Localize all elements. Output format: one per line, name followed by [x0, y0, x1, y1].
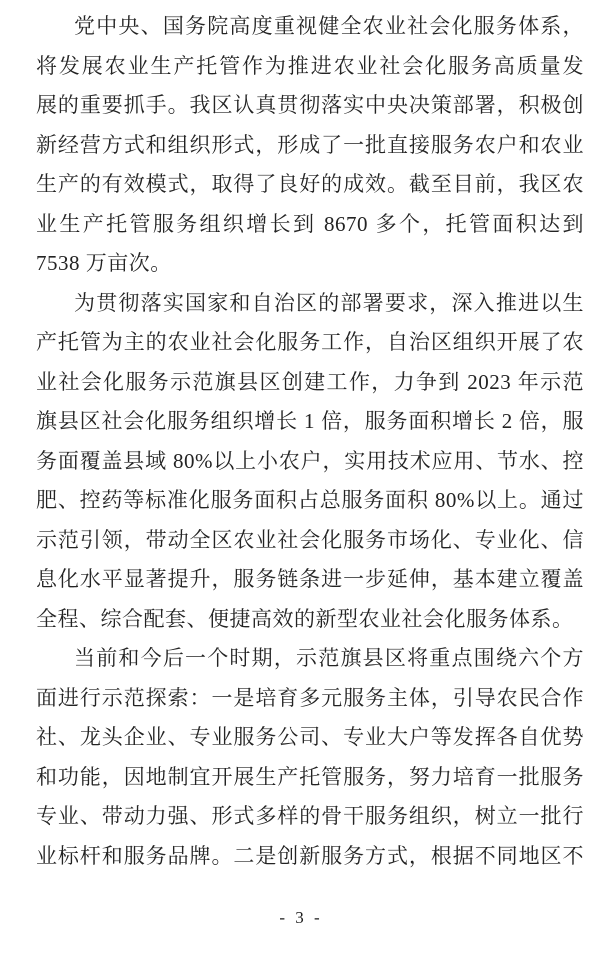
page-number: - 3 -	[0, 908, 602, 928]
text-line: 专业、带动力强、形式多样的骨干服务组织，树立一批行	[36, 797, 584, 837]
text-line: 新经营方式和组织形式，形成了一批直接服务农户和农业	[36, 126, 584, 166]
text-line: 7538 万亩次。	[36, 244, 584, 284]
text-line: 业生产托管服务组织增长到 8670 多个，托管面积达到	[36, 205, 584, 245]
text-line: 展的重要抓手。我区认真贯彻落实中央决策部署，积极创	[36, 86, 584, 126]
text-line: 生产的有效模式，取得了良好的成效。截至目前，我区农	[36, 165, 584, 205]
text-line: 示范引领，带动全区农业社会化服务市场化、专业化、信	[36, 521, 584, 561]
text-line: 党中央、国务院高度重视健全农业社会化服务体系，	[36, 7, 584, 47]
text-line: 社、龙头企业、专业服务公司、专业大户等发挥各自优势	[36, 718, 584, 758]
text-line: 息化水平显著提升，服务链条进一步延伸，基本建立覆盖	[36, 560, 584, 600]
text-line: 旗县区社会化服务组织增长 1 倍，服务面积增长 2 倍，服	[36, 402, 584, 442]
text-line: 产托管为主的农业社会化服务工作，自治区组织开展了农	[36, 323, 584, 363]
text-line: 肥、控药等标准化服务面积占总服务面积 80%以上。通过	[36, 481, 584, 521]
text-line: 和功能，因地制宜开展生产托管服务，努力培育一批服务	[36, 758, 584, 798]
text-line: 务面覆盖县域 80%以上小农户，实用技术应用、节水、控	[36, 442, 584, 482]
text-line: 为贯彻落实国家和自治区的部署要求，深入推进以生	[36, 284, 584, 324]
text-line: 业社会化服务示范旗县区创建工作，力争到 2023 年示范	[36, 363, 584, 403]
text-line: 当前和今后一个时期，示范旗县区将重点围绕六个方	[36, 639, 584, 679]
text-line: 面进行示范探索：一是培育多元服务主体，引导农民合作	[36, 679, 584, 719]
document-body: 党中央、国务院高度重视健全农业社会化服务体系，将发展农业生产托管作为推进农业社会…	[36, 7, 584, 876]
text-line: 全程、综合配套、便捷高效的新型农业社会化服务体系。	[36, 600, 584, 640]
text-line: 业标杆和服务品牌。二是创新服务方式，根据不同地区不	[36, 837, 584, 877]
document-page: 党中央、国务院高度重视健全农业社会化服务体系，将发展农业生产托管作为推进农业社会…	[0, 0, 602, 959]
text-line: 将发展农业生产托管作为推进农业社会化服务高质量发	[36, 47, 584, 87]
